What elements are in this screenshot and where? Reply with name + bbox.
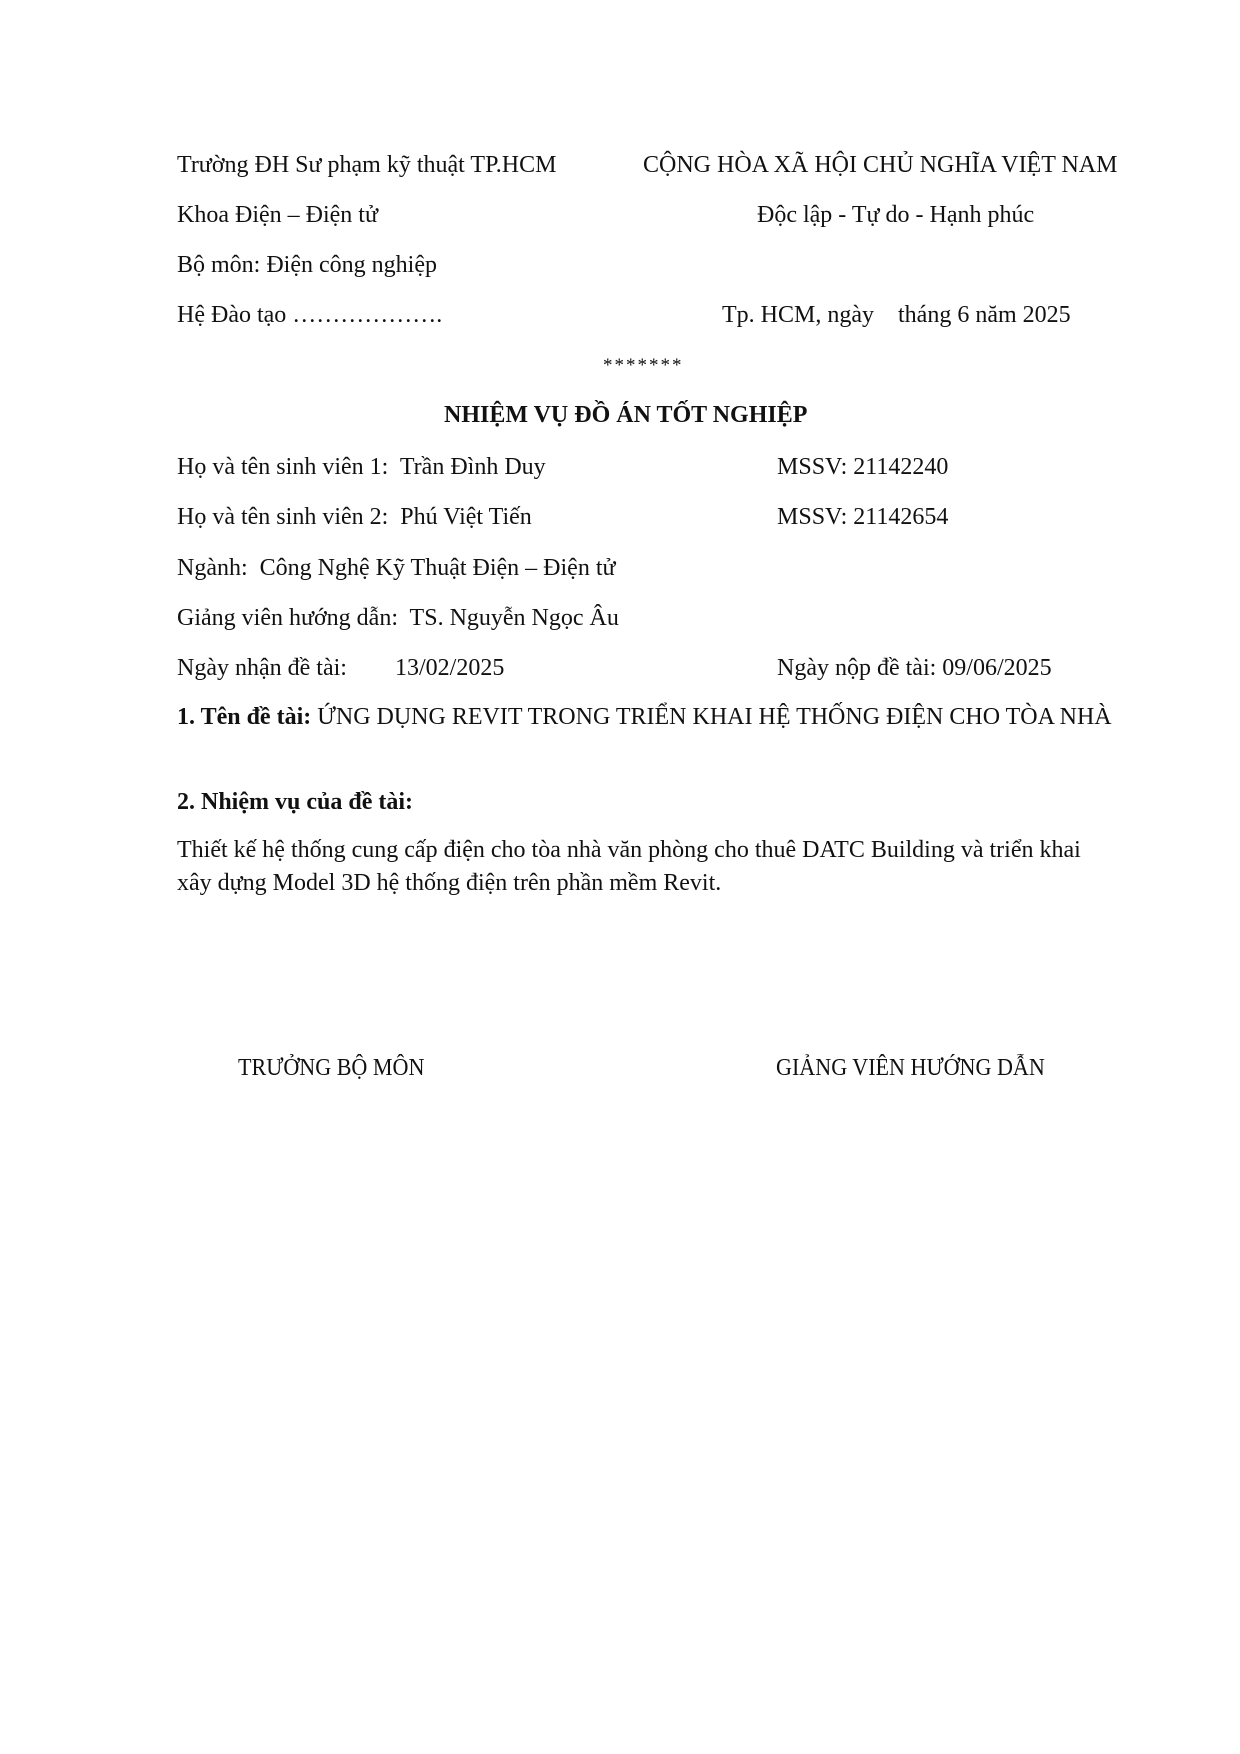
advisor: Giảng viên hướng dẫn: TS. Nguyễn Ngọc Âu <box>177 606 619 630</box>
section-1-topic: 1. Tên đề tài: ỨNG DỤNG REVIT TRONG TRIỂ… <box>177 701 1117 734</box>
department-name: Bộ môn: Điện công nghiệp <box>177 253 437 277</box>
student-1-name: Họ và tên sinh viên 1: Trần Đình Duy <box>177 455 546 479</box>
student-2-id: MSSV: 21142654 <box>777 505 948 529</box>
school-name: Trường ĐH Sư phạm kỹ thuật TP.HCM <box>177 153 556 177</box>
major: Ngành: Công Nghệ Kỹ Thuật Điện – Điện tử <box>177 556 616 580</box>
section-2-text: Thiết kế hệ thống cung cấp điện cho tòa … <box>177 834 1107 900</box>
received-date-value: 13/02/2025 <box>395 656 504 680</box>
document-title: NHIỆM VỤ ĐỒ ÁN TỐT NGHIỆP <box>444 403 807 427</box>
section-2-label: 2. Nhiệm vụ của đề tài: <box>177 790 413 814</box>
section-1-label: 1. Tên đề tài: <box>177 704 311 730</box>
submitted-date: Ngày nộp đề tài: 09/06/2025 <box>777 656 1052 680</box>
separator-stars: ******* <box>603 356 684 375</box>
received-date-label: Ngày nhận đề tài: <box>177 656 347 680</box>
signature-head-of-department: TRƯỞNG BỘ MÔN <box>238 1056 424 1080</box>
training-system: Hệ Đào tạo ………………. <box>177 303 442 327</box>
student-1-id: MSSV: 21142240 <box>777 455 948 479</box>
place-date: Tp. HCM, ngày tháng 6 năm 2025 <box>722 303 1071 327</box>
faculty-name: Khoa Điện – Điện tử <box>177 203 378 227</box>
section-1-text: ỨNG DỤNG REVIT TRONG TRIỂN KHAI HỆ THỐNG… <box>311 704 1111 730</box>
national-motto: Độc lập - Tự do - Hạnh phúc <box>757 203 1034 227</box>
signature-advisor: GIẢNG VIÊN HƯỚNG DẪN <box>776 1056 1045 1080</box>
republic-name: CỘNG HÒA XÃ HỘI CHỦ NGHĨA VIỆT NAM <box>643 153 1117 177</box>
student-2-name: Họ và tên sinh viên 2: Phú Việt Tiến <box>177 505 532 529</box>
